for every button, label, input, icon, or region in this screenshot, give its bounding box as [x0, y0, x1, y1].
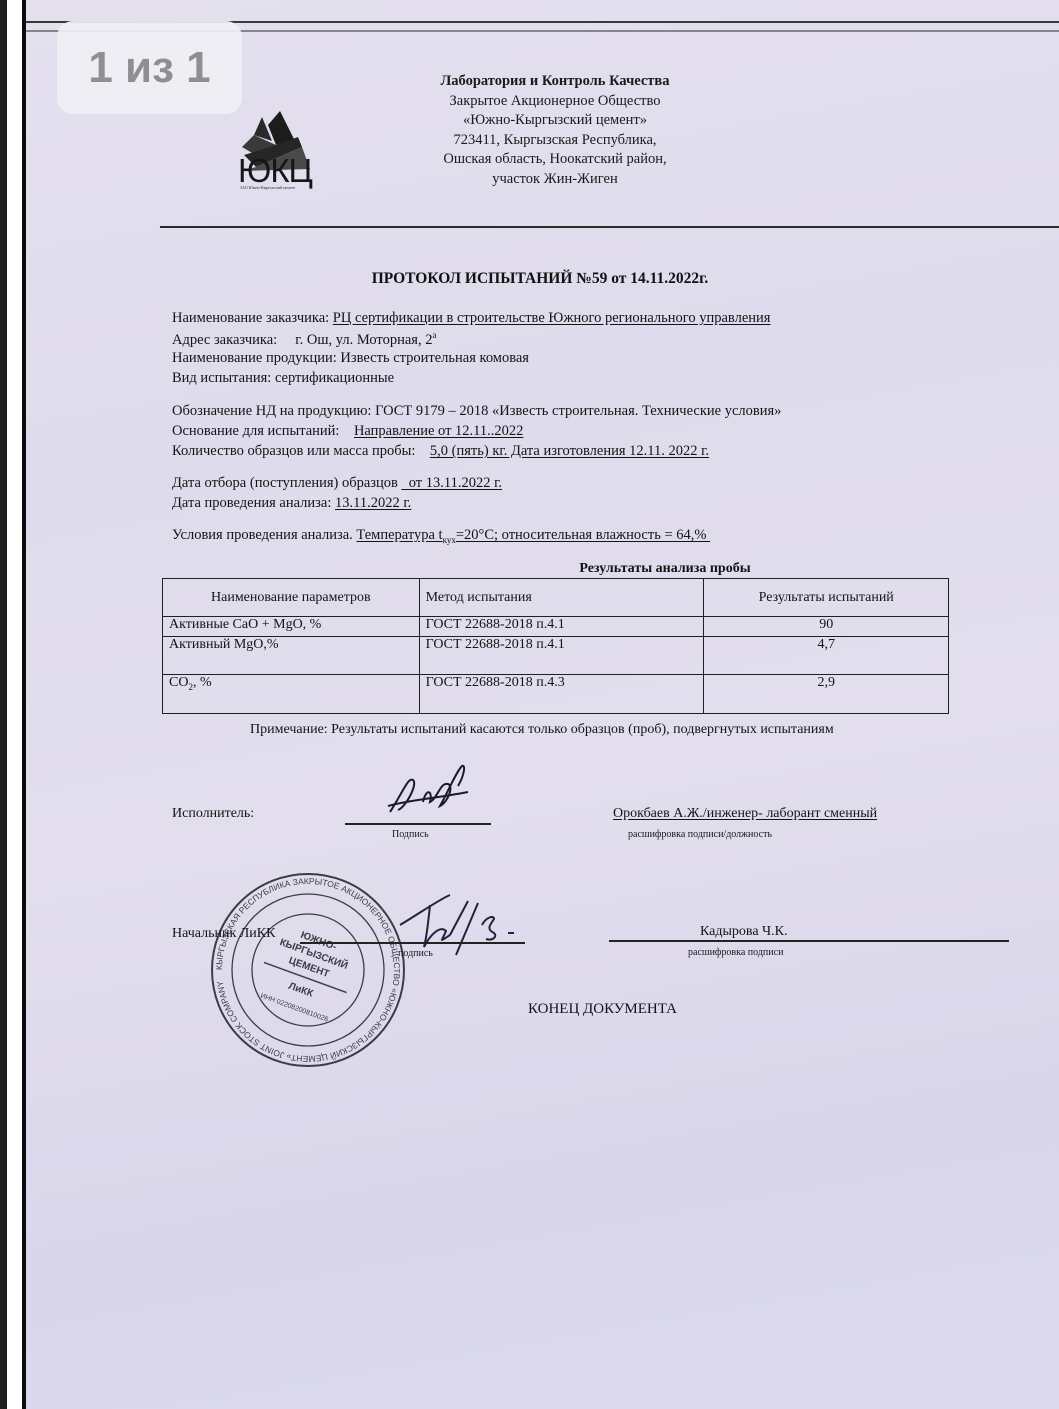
field-value: сертификационные — [275, 370, 394, 386]
field-value: РЦ сертификации в строительстве Южного р… — [333, 310, 771, 326]
svg-text:ЛиКК: ЛиКК — [287, 981, 315, 1000]
field-value: Направление от 12.11..2022 — [354, 423, 523, 439]
field-label: Обозначение НД на продукцию: — [172, 403, 371, 419]
field-label: Количество образцов или масса пробы: — [172, 443, 415, 459]
method-cell: ГОСТ 22688-2018 п.4.1 — [419, 617, 704, 637]
results-note: Примечание: Результаты испытаний касаютс… — [250, 722, 834, 738]
page-counter: 1 из 1 — [57, 21, 242, 114]
field-label: Наименование продукции: — [172, 350, 337, 366]
column-header: Метод испытания — [419, 579, 704, 617]
result-cell: 4,7 — [704, 637, 949, 675]
field-test-type: Вид испытания: сертификационные — [172, 370, 394, 387]
executor-name: Орокбаев А.Ж./инженер- лаборант сменный — [613, 806, 877, 822]
table-header-row: Наименование параметров Метод испытания … — [163, 579, 949, 617]
address-line-3: участок Жин-Жиген — [390, 170, 720, 190]
field-label: Дата проведения анализа: — [172, 495, 331, 511]
field-label: Наименование заказчика: — [172, 310, 329, 326]
field-value: 13.11.2022 г. — [335, 495, 411, 511]
table-row: Активный MgO,% ГОСТ 22688-2018 п.4.1 4,7 — [163, 637, 949, 675]
field-analysis-date: Дата проведения анализа: 13.11.2022 г. — [172, 495, 411, 512]
logo-subtext: ЗАО Южно-Кыргызский цемент — [240, 185, 295, 190]
table-row: СО2, % ГОСТ 22688-2018 п.4.3 2,9 — [163, 675, 949, 714]
field-value: г. Ош, ул. Моторная, 2 — [295, 332, 432, 348]
field-conditions: Условия проведения анализа. Температура … — [172, 527, 710, 545]
field-value: от 13.11.2022 г. — [402, 475, 503, 491]
field-label: Основание для испытаний: — [172, 423, 339, 439]
param-cell: СО2, % — [163, 675, 420, 714]
executor-label: Исполнитель: — [172, 806, 254, 822]
column-header: Наименование параметров — [163, 579, 420, 617]
lab-name: Лаборатория и Контроль Качества — [390, 72, 720, 92]
field-label: Условия проведения анализа. — [172, 527, 353, 543]
name-line — [609, 940, 1009, 942]
field-address: Адрес заказчика: г. Ош, ул. Моторная, 2а — [172, 330, 436, 349]
result-cell: 2,9 — [704, 675, 949, 714]
signature-line — [300, 942, 525, 944]
column-header: Результаты испытаний — [704, 579, 949, 617]
signature-caption: Подпись — [392, 829, 429, 840]
param-cell: Активный MgO,% — [163, 637, 420, 675]
param-cell: Активные СаО + MgO, % — [163, 617, 420, 637]
field-value: Известь строительная комовая — [340, 350, 529, 366]
document-title: ПРОТОКОЛ ИСПЫТАНИЙ №59 от 14.11.2022г. — [160, 270, 920, 288]
field-label: Дата отбора (поступления) образцов — [172, 475, 398, 491]
address-line-1: 723411, Кыргызская Республика, — [390, 131, 720, 151]
method-cell: ГОСТ 22688-2018 п.4.1 — [419, 637, 704, 675]
svg-text:ИНН 02208200810026: ИНН 02208200810026 — [259, 993, 329, 1024]
field-sampling-date: Дата отбора (поступления) образцов от 13… — [172, 475, 502, 492]
company-type: Закрытое Акционерное Общество — [390, 92, 720, 112]
executor-name-caption: расшифровка подписи/должность — [628, 829, 772, 840]
field-label: Вид испытания: — [172, 370, 271, 386]
field-basis: Основание для испытаний: Направление от … — [172, 423, 523, 440]
header-divider — [160, 226, 1059, 228]
head-name-caption: расшифровка подписи — [688, 947, 783, 958]
signature-caption: подпись — [398, 948, 433, 959]
signature-line — [345, 823, 491, 825]
head-name: Кадырова Ч.К. — [700, 924, 787, 940]
superscript: а — [432, 330, 436, 340]
viewer-edge — [7, 0, 23, 1409]
field-value: ГОСТ 9179 – 2018 «Известь строительная. … — [375, 403, 781, 419]
field-nd: Обозначение НД на продукцию: ГОСТ 9179 –… — [172, 403, 781, 420]
address-line-2: Ошская область, Ноокатский район, — [390, 150, 720, 170]
field-product: Наименование продукции: Известь строител… — [172, 350, 529, 367]
field-customer: Наименование заказчика: РЦ сертификации … — [172, 310, 770, 327]
results-table: Наименование параметров Метод испытания … — [162, 578, 949, 714]
head-label: Начальник ЛиКК — [172, 926, 275, 942]
company-name: «Южно-Кыргызский цемент» — [390, 111, 720, 131]
field-value: Температура tкух=20°С; относительная вла… — [356, 527, 710, 543]
method-cell: ГОСТ 22688-2018 п.4.3 — [419, 675, 704, 714]
field-value: 5,0 (пять) кг. Дата изготовления 12.11. … — [430, 443, 709, 459]
result-cell: 90 — [704, 617, 949, 637]
field-samples: Количество образцов или масса пробы: 5,0… — [172, 443, 709, 460]
executor-signature-icon — [378, 762, 478, 822]
company-header: Лаборатория и Контроль Качества Закрытое… — [390, 72, 720, 189]
results-caption: Результаты анализа пробы — [380, 561, 950, 577]
table-row: Активные СаО + MgO, % ГОСТ 22688-2018 п.… — [163, 617, 949, 637]
end-of-document: КОНЕЦ ДОКУМЕНТА — [528, 1001, 677, 1018]
company-stamp-icon: КЫРГЫЗСКАЯ РЕСПУБЛИКА ЗАКРЫТОЕ АКЦИОНЕРН… — [208, 870, 408, 1070]
field-label: Адрес заказчика: — [172, 332, 277, 348]
